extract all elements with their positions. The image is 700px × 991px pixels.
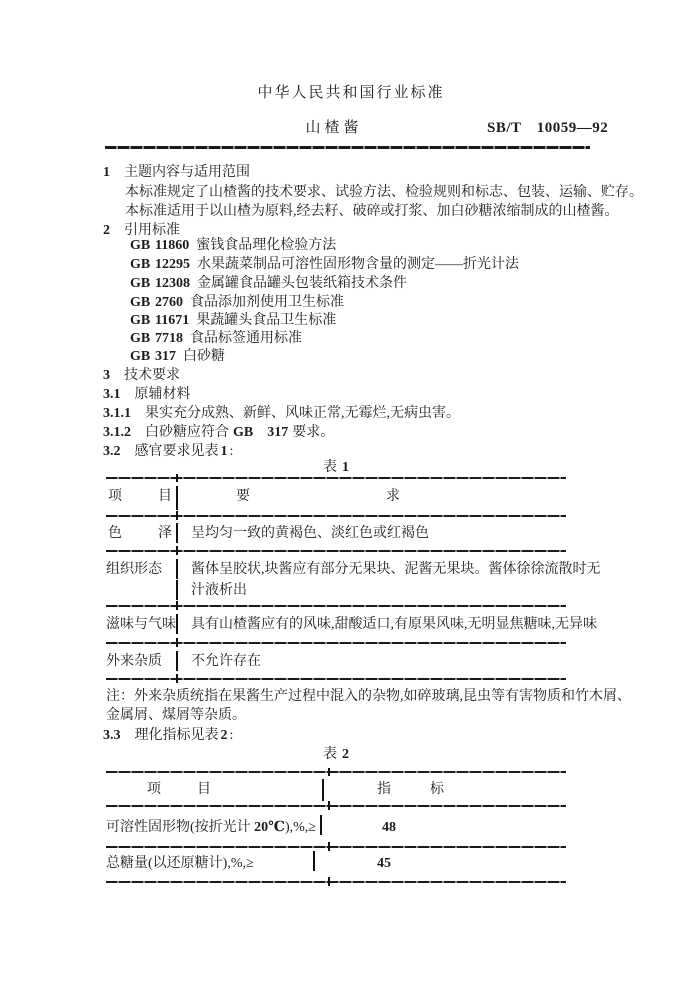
t2-divider-bar xyxy=(320,815,322,835)
gb-name: 果蔬罐头食品卫生标准 xyxy=(196,313,336,328)
t2-divider-bar xyxy=(313,851,315,871)
t1-divider-tick xyxy=(176,601,178,610)
caption-label: 表 xyxy=(323,747,337,762)
t1-divider-tick xyxy=(176,511,178,520)
clause-3-1: 3.1原辅材料 xyxy=(103,386,191,404)
gb-number: 11860 xyxy=(155,238,189,253)
t1-row-label: 泽 xyxy=(158,525,172,543)
t2-separator xyxy=(106,846,566,848)
section-1-heading: 1主题内容与适用范围 xyxy=(103,164,250,182)
clause-3-2: 3.2感官要求见表1: xyxy=(103,443,233,461)
table-ref-number: 1 xyxy=(221,444,228,459)
gb-name: 水果蔬菜制品可溶性固形物含量的测定——折光计法 xyxy=(197,257,519,272)
t2-row-label: 总糖量(以还原糖计),%,≥ xyxy=(106,855,254,873)
t1-border-top xyxy=(106,477,566,479)
gb-code: GB xyxy=(130,256,155,274)
t1-row-value: 呈均匀一致的黄褐色、淡红色或红褐色 xyxy=(191,525,429,543)
t1-row-value: 不允许存在 xyxy=(191,653,261,671)
gb-standard-row: GB317白砂糖 xyxy=(130,348,225,366)
clause-number: 3.1 xyxy=(103,386,121,404)
section-number: 2 xyxy=(103,222,110,240)
document-page: 中华人民共和国行业标准 山楂酱 SB/T 10059—92 1主题内容与适用范围… xyxy=(0,0,700,991)
gb-code: GB xyxy=(130,275,155,293)
clause-number: 3.1.2 xyxy=(103,424,131,442)
table-1-note-line-2: 金属屑、煤屑等杂质。 xyxy=(106,707,246,725)
section-title: 技术要求 xyxy=(124,368,180,383)
section-1-line-2: 本标准适用于以山楂为原料,经去籽、破碎或打浆、加白砂糖浓缩制成的山楂酱。 xyxy=(125,203,619,221)
t2-divider-tick xyxy=(328,877,330,886)
clause-text-pre: 理化指标见表 xyxy=(135,728,219,743)
t1-divider-tick xyxy=(176,674,178,683)
table-ref-number: 2 xyxy=(221,728,228,743)
clause-3-1-2: 3.1.2白砂糖应符合GB 317要求。 xyxy=(103,424,334,442)
caption-label: 表 xyxy=(323,460,337,475)
t1-divider-bar xyxy=(176,580,178,600)
t1-divider-tick xyxy=(176,474,178,482)
clause-number: 3.2 xyxy=(103,443,121,461)
t1-row-label: 组织形态 xyxy=(106,561,162,579)
t2-divider-tick xyxy=(328,801,330,810)
t1-header-col2: 要 xyxy=(236,488,250,506)
t2-header-col1: 项 xyxy=(147,781,161,799)
clause-text-pre: 感官要求见表 xyxy=(135,444,219,459)
t1-row-label: 色 xyxy=(108,525,122,543)
t2-row-label: 可溶性固形物(按折光计 20℃),%,≥ xyxy=(106,819,316,837)
gb-standard-row: GB12295水果蔬菜制品可溶性固形物含量的测定——折光计法 xyxy=(130,256,519,274)
gb-standard-row: GB2760食品添加剂使用卫生标准 xyxy=(130,294,344,312)
table-1-caption: 表1 xyxy=(106,459,566,477)
t1-header-col1: 项 xyxy=(108,488,122,506)
t1-divider-tick xyxy=(176,546,178,555)
t1-row-value: 酱体呈胶状,块酱应有部分无果块、泥酱无果块。酱体徐徐流散时无 xyxy=(191,561,601,579)
header-rule xyxy=(105,146,590,149)
t1-separator xyxy=(106,642,566,644)
table-2: 项 目 指 标 可溶性固形物(按折光计 20℃),%,≥ 48 总糖量(以还原糖… xyxy=(106,771,566,884)
t1-divider-bar xyxy=(176,559,178,579)
clause-gb-ref: GB 317 xyxy=(233,425,288,440)
clause-text: 果实充分成熟、新鲜、风味正常,无霉烂,无病虫害。 xyxy=(145,406,460,421)
t1-row-label: 滋味与气味 xyxy=(106,616,176,634)
gb-name: 蜜钱食品理化检验方法 xyxy=(196,238,336,253)
org-title: 中华人民共和国行业标准 xyxy=(103,84,599,103)
gb-name: 金属罐食品罐头包装纸箱技术条件 xyxy=(197,276,407,291)
clause-number: 3.3 xyxy=(103,727,121,745)
gb-name: 食品标签通用标准 xyxy=(190,331,302,346)
t2-border-bottom xyxy=(106,881,566,883)
clause-text-post: : xyxy=(230,728,234,743)
gb-standard-row: GB7718食品标签通用标准 xyxy=(130,330,302,348)
t1-row-label: 外来杂质 xyxy=(106,653,162,671)
clause-text-post: 要求。 xyxy=(292,425,334,440)
gb-number: 2760 xyxy=(155,295,183,310)
t2-label-bold: 20℃ xyxy=(254,820,285,835)
section-3-heading: 3技术要求 xyxy=(103,367,180,385)
t2-label-pre: 总糖量(以还原糖计),%,≥ xyxy=(106,856,254,871)
t2-divider-bar xyxy=(322,779,324,801)
t2-label-pre: 可溶性固形物(按折光计 xyxy=(106,820,254,835)
clause-number: 3.1.1 xyxy=(103,405,131,423)
standard-number: SB/T 10059—92 xyxy=(487,119,608,138)
t1-row-value: 汁液析出 xyxy=(191,582,247,600)
gb-number: 12308 xyxy=(155,276,190,291)
clause-text: 原辅材料 xyxy=(135,387,191,402)
section-title: 引用标准 xyxy=(124,223,180,238)
section-title: 主题内容与适用范围 xyxy=(124,165,250,180)
t1-separator xyxy=(106,550,566,552)
t1-border-bottom xyxy=(106,678,566,680)
gb-standard-row: GB11860蜜钱食品理化检验方法 xyxy=(130,237,336,255)
t1-divider-bar xyxy=(176,651,178,671)
gb-name: 食品添加剂使用卫生标准 xyxy=(190,295,344,310)
clause-3-1-1: 3.1.1果实充分成熟、新鲜、风味正常,无霉烂,无病虫害。 xyxy=(103,405,460,423)
gb-number: 7718 xyxy=(155,331,183,346)
t2-row-value: 45 xyxy=(377,855,391,873)
caption-number: 2 xyxy=(342,747,349,762)
gb-code: GB xyxy=(130,330,155,348)
gb-code: GB xyxy=(130,237,155,255)
t1-divider-tick xyxy=(176,638,178,647)
t2-separator xyxy=(106,805,566,807)
gb-number: 11671 xyxy=(155,313,189,328)
t2-divider-tick xyxy=(328,842,330,851)
table-1-note-line-1: 注：外来杂质统指在果酱生产过程中混入的杂物,如碎玻璃,昆虫等有害物质和竹木屑、 xyxy=(106,688,631,706)
clause-text-post: : xyxy=(230,444,234,459)
t1-separator xyxy=(106,605,566,607)
gb-standard-row: GB12308金属罐食品罐头包装纸箱技术条件 xyxy=(130,275,407,293)
t2-header-col2: 标 xyxy=(430,781,444,799)
t1-header-col2: 求 xyxy=(386,488,400,506)
gb-number: 317 xyxy=(155,349,176,364)
table-2-caption: 表2 xyxy=(106,746,566,764)
gb-code: GB xyxy=(130,312,155,330)
t2-header-col1: 目 xyxy=(197,781,211,799)
t2-divider-tick xyxy=(328,768,330,776)
gb-number: 12295 xyxy=(155,257,190,272)
clause-3-3: 3.3理化指标见表2: xyxy=(103,727,233,745)
gb-code: GB xyxy=(130,348,155,366)
t1-header-col1: 目 xyxy=(158,488,172,506)
gb-name: 白砂糖 xyxy=(183,349,225,364)
t1-divider-bar xyxy=(176,614,178,634)
gb-standard-row: GB11671果蔬罐头食品卫生标准 xyxy=(130,312,336,330)
caption-number: 1 xyxy=(342,460,349,475)
section-number: 3 xyxy=(103,367,110,385)
clause-text-pre: 白砂糖应符合 xyxy=(145,425,229,440)
t1-divider-bar xyxy=(176,523,178,543)
t2-label-post: ),%,≥ xyxy=(285,820,316,835)
t2-row-value: 48 xyxy=(382,819,396,837)
t1-separator xyxy=(106,515,566,517)
section-number: 1 xyxy=(103,164,110,182)
gb-code: GB xyxy=(130,294,155,312)
t2-border-top xyxy=(106,771,566,773)
section-1-line-1: 本标准规定了山楂酱的技术要求、试验方法、检验规则和标志、包装、运输、贮存。 xyxy=(125,184,643,202)
t1-divider-bar xyxy=(176,486,178,510)
t1-row-value: 具有山楂酱应有的风味,甜酸适口,有原果风味,无明显焦糖味,无异味 xyxy=(191,616,597,634)
table-1: 项 目 要 求 色 泽 呈均匀一致的黄褐色、淡红色或红褐色 组织形态 酱体呈胶状… xyxy=(106,477,566,680)
t2-header-col2: 指 xyxy=(377,781,391,799)
